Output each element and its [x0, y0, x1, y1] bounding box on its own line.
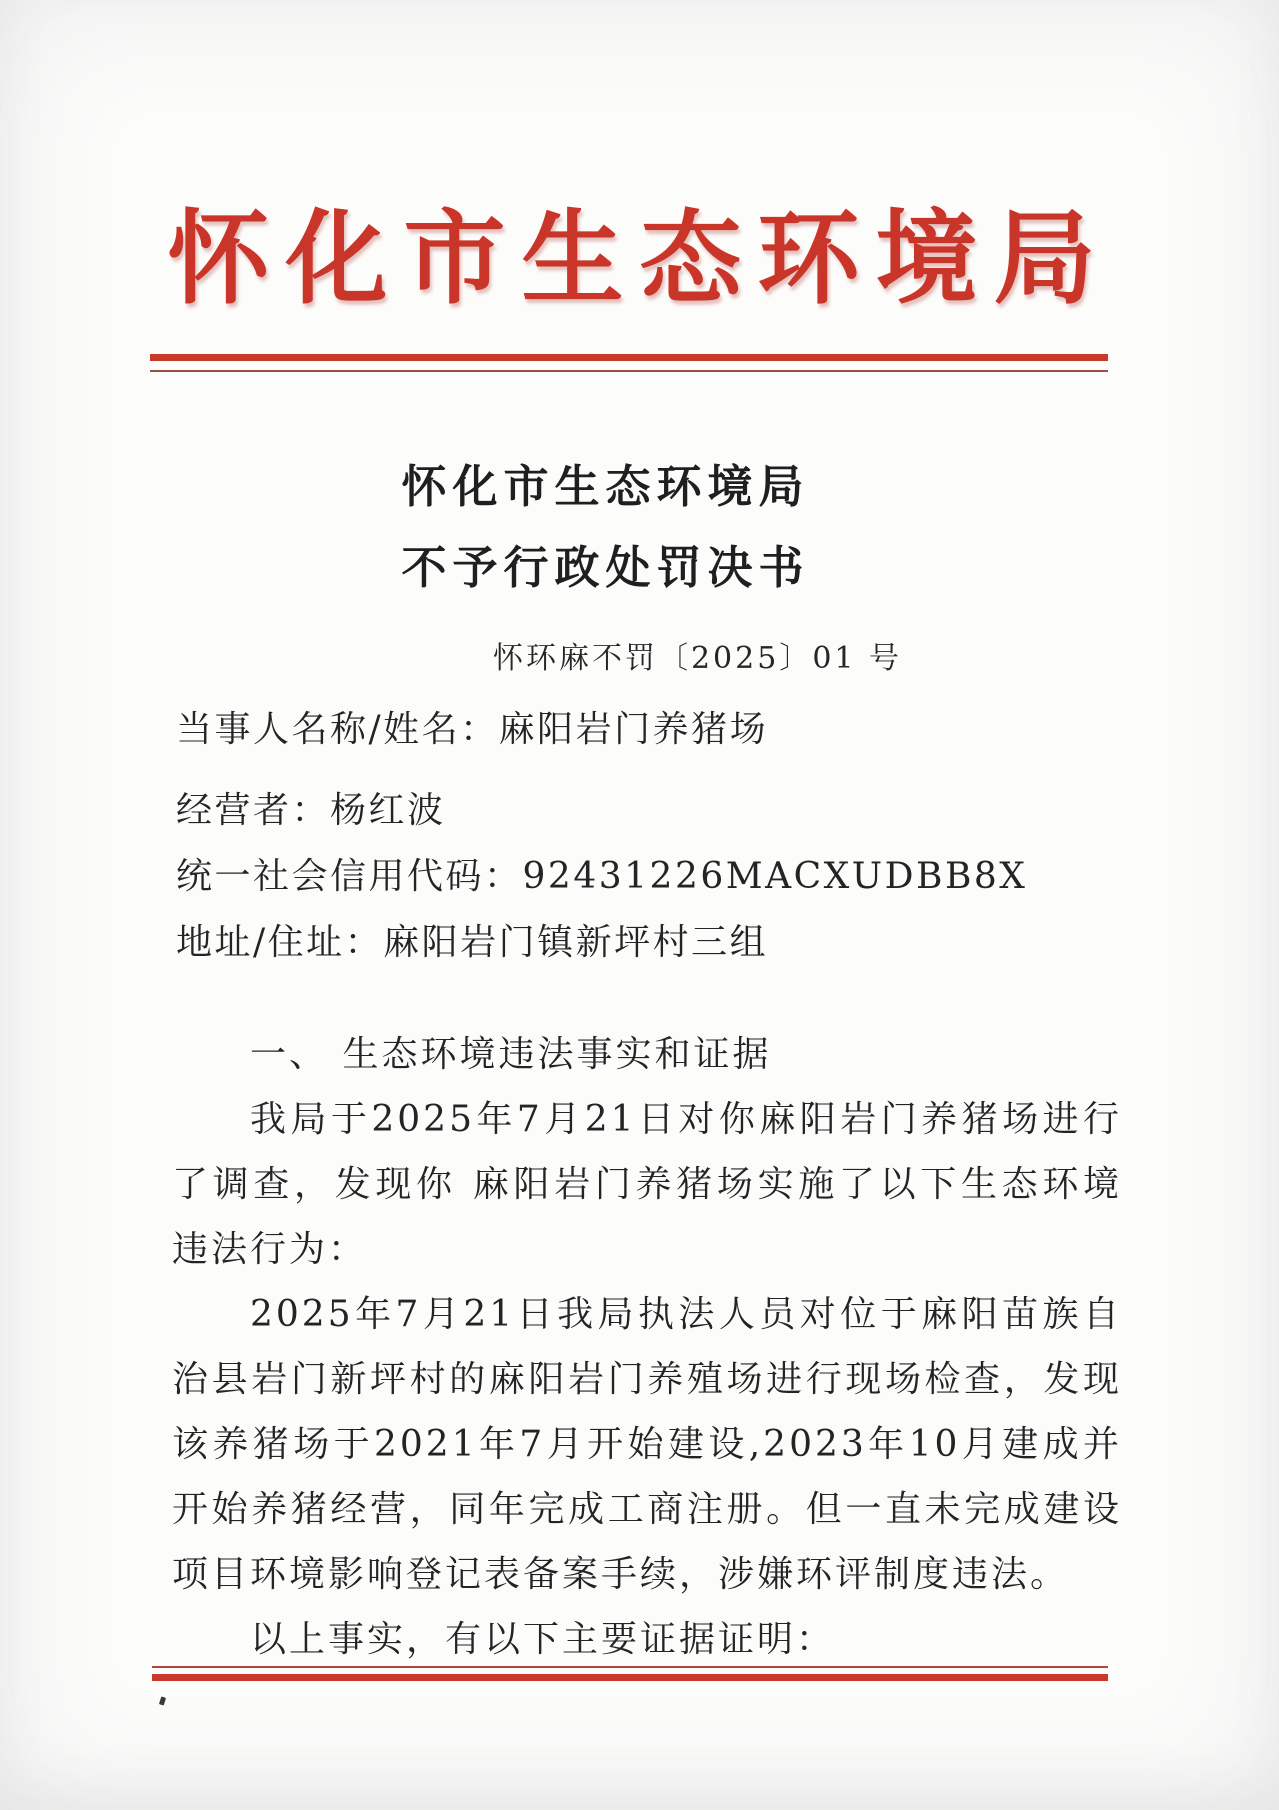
official-document-page: 怀化市生态环境局 怀化市生态环境局 不予行政处罚决书 怀环麻不罚〔2025〕01…	[0, 0, 1279, 1810]
party-name-label: 当事人名称/姓名：	[176, 709, 499, 750]
document-number: 怀环麻不罚〔2025〕01 号	[58, 633, 1279, 677]
photo-artifact-speck	[159, 1696, 166, 1705]
credit-code-row: 统一社会信用代码：92431226MACXUDBB8X	[176, 857, 1126, 897]
operator-value: 杨红波	[330, 790, 446, 831]
section-heading: 一、 生态环境违法事实和证据	[172, 1022, 1122, 1087]
document-title-line1: 怀化市生态环境局	[0, 464, 1245, 510]
document-title: 怀化市生态环境局 不予行政处罚决书	[0, 464, 1245, 591]
letterhead-double-rule	[150, 354, 1108, 372]
operator-label: 经营者：	[176, 790, 330, 831]
document-body: 一、 生态环境违法事实和证据 我局于2025年7月21日对你麻阳岩门养猪场进行了…	[172, 1022, 1122, 1672]
address-row: 地址/住址：麻阳岩门镇新坪村三组	[176, 923, 1126, 963]
address-value: 麻阳岩门镇新坪村三组	[383, 922, 768, 963]
party-info-block: 当事人名称/姓名：麻阳岩门养猪场 经营者：杨红波 统一社会信用代码：924312…	[176, 710, 1126, 989]
footer-double-rule	[152, 1666, 1108, 1681]
document-title-line2: 不予行政处罚决书	[0, 545, 1245, 591]
body-paragraph-evidence-intro: 以上事实，有以下主要证据证明：	[172, 1607, 1122, 1672]
agency-letterhead: 怀化市生态环境局	[0, 178, 1279, 324]
party-name-row: 当事人名称/姓名：麻阳岩门养猪场	[176, 710, 1126, 750]
body-paragraph-investigation: 我局于2025年7月21日对你麻阳岩门养猪场进行了调查，发现你 麻阳岩门养猪场实…	[172, 1087, 1122, 1282]
credit-code-label: 统一社会信用代码：	[176, 856, 523, 897]
body-paragraph-findings: 2025年7月21日我局执法人员对位于麻阳苗族自治县岩门新坪村的麻阳岩门养殖场进…	[172, 1282, 1122, 1607]
credit-code-value: 92431226MACXUDBB8X	[523, 856, 1028, 897]
operator-row: 经营者：杨红波	[176, 791, 1126, 831]
address-label: 地址/住址：	[176, 922, 383, 963]
party-name-value: 麻阳岩门养猪场	[499, 709, 769, 750]
